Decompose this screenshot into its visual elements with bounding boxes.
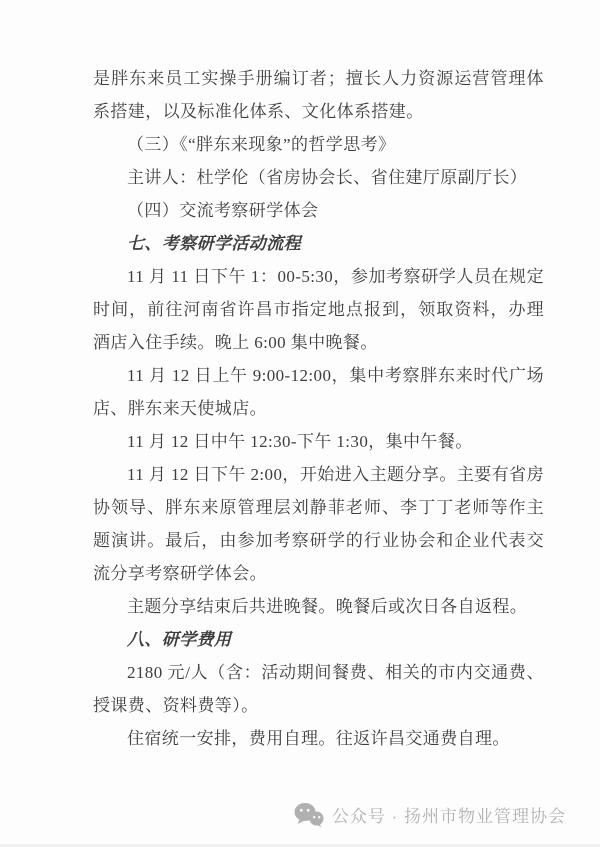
paragraph-topic-4: （四）交流考察研学体会 [93,194,544,227]
watermark-footer: 公众号 · 扬州市物业管理协会 [294,802,566,827]
document-page: 是胖东来员工实操手册编订者；擅长人力资源运营管理体系搭建，以及标准化体系、文化体… [0,0,600,847]
document-body: 是胖东来员工实操手册编订者；擅长人力资源运营管理体系搭建，以及标准化体系、文化体… [93,62,544,755]
section-heading-8: 八、研学费用 [93,623,544,656]
section-heading-7: 七、考察研学活动流程 [93,227,544,260]
paragraph-topic-3: （三）《“胖东来现象”的哲学思考》 [93,128,544,161]
paragraph-continuation: 是胖东来员工实操手册编订者；擅长人力资源运营管理体系搭建，以及标准化体系、文化体… [93,62,544,128]
paragraph-fee: 2180 元/人（含：活动期间餐费、相关的市内交通费、授课费、资料费等）。 [93,656,544,722]
watermark-text: 公众号 · 扬州市物业管理协会 [332,802,566,827]
paragraph-schedule-nov11: 11 月 11 日下午 1：00-5:30，参加考察研学人员在规定时间，前往河南… [93,260,544,359]
paragraph-dinner-return: 主题分享结束后共进晚餐。晚餐后或次日各自返程。 [93,590,544,623]
paragraph-schedule-nov12-morning: 11 月 12 日上午 9:00-12:00，集中考察胖东来时代广场店、胖东来天… [93,359,544,425]
paragraph-accommodation: 住宿统一安排，费用自理。往返许昌交通费自理。 [93,722,544,755]
paragraph-schedule-nov12-noon: 11 月 12 日中午 12:30-下午 1:30，集中午餐。 [93,425,544,458]
paragraph-speaker: 主讲人：杜学伦（省房协会长、省住建厅原副厅长） [93,161,544,194]
paragraph-schedule-nov12-afternoon: 11 月 12 日下午 2:00，开始进入主题分享。主要有省房协领导、胖东来原管… [93,458,544,590]
wechat-icon [294,802,324,827]
